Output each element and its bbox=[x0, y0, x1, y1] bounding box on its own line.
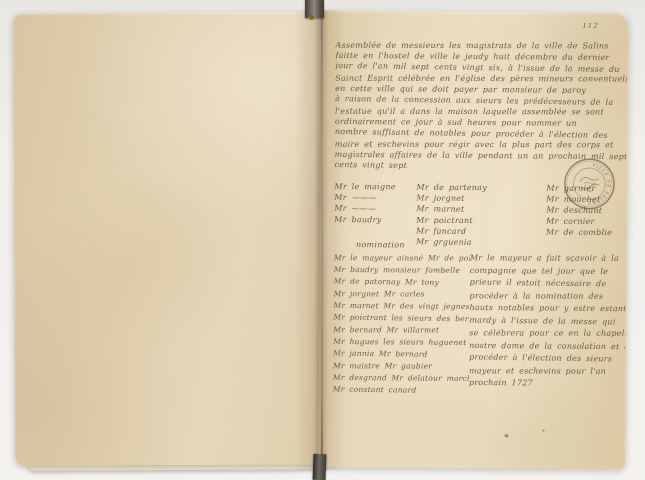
name-entry: Mr le mayeur ainsné Mr de poligny bbox=[334, 252, 470, 264]
name-entry: Mr constant canard bbox=[333, 383, 469, 397]
binding-strap-top bbox=[305, 0, 324, 18]
manuscript-line: hauts notables pour y estre estant bbox=[469, 302, 625, 316]
manuscript-line: Assemblée de messieurs les magistrats de… bbox=[336, 40, 628, 52]
name-entry: Mr cornier bbox=[546, 216, 626, 227]
name-entry: Mr bernard Mr villarmet bbox=[333, 324, 469, 336]
manuscript-line: Mr le mayeur a fait sçavoir à la bbox=[470, 252, 626, 265]
manuscript-line: se célébrera pour ce en la chapelle bbox=[469, 327, 625, 340]
name-entry: Mr jannia Mr bernard bbox=[333, 347, 469, 361]
name-entry: Mr poictrant bbox=[416, 215, 546, 226]
manuscript-line: mayeur et eschevins pour l'an bbox=[469, 365, 625, 378]
folio-number: 112 bbox=[582, 22, 598, 30]
mayeur-note-paragraph: Mr le mayeur a fait sçavoir à lacompagni… bbox=[469, 252, 626, 391]
name-entry: Mr ——— bbox=[334, 203, 416, 215]
name-entry: Mr poictrant les sieurs des bergers bbox=[333, 311, 469, 325]
name-entry: Mr garnier bbox=[546, 183, 626, 194]
notables-name-columns: Mr le maigneMr ———Mr ———Mr baudry Mr de … bbox=[334, 181, 627, 249]
name-entry: Mr ——— bbox=[334, 192, 416, 204]
name-entry: Mr maistre Mr gaubier bbox=[333, 360, 469, 372]
right-page: 112 Assemblée de messieurs les magistrat… bbox=[318, 11, 629, 469]
name-column-1: Mr le maigneMr ———Mr ———Mr baudry bbox=[334, 181, 417, 248]
nomination-heading: nomination bbox=[356, 240, 405, 249]
manuscript-line: maire et eschevins pour régir avec la pl… bbox=[335, 139, 627, 151]
manuscript-line: procéder à l'élection des sieurs bbox=[469, 351, 625, 366]
nomination-name-list: Mr le mayeur ainsné Mr de polignyMr baud… bbox=[333, 252, 470, 397]
name-column-3: Mr garnierMr mouchetMr deschantMr cornie… bbox=[546, 183, 627, 250]
rust-spot bbox=[309, 15, 314, 20]
ink-speck bbox=[504, 434, 508, 437]
ink-speck bbox=[542, 430, 544, 432]
name-entry: Mr deschant bbox=[546, 204, 626, 216]
binding-strap-bottom bbox=[313, 454, 327, 480]
manuscript-line: Sainct Esprit célébrée en l'église des p… bbox=[335, 73, 627, 85]
name-entry: Mr de comblie bbox=[546, 227, 626, 239]
left-page-blank bbox=[13, 12, 323, 465]
assembly-paragraph: Assemblée de messieurs les magistrats de… bbox=[335, 39, 628, 173]
name-entry: Mr de patornay Mr tony bbox=[334, 275, 470, 289]
manuscript-line: prieure il estoit nécessaire de bbox=[470, 276, 626, 291]
manuscript-line: l'estatue qu'il a dans la maison laquell… bbox=[335, 106, 627, 118]
name-entry: Mr baudry bbox=[334, 214, 416, 225]
name-entry: Mr de partenay bbox=[416, 182, 546, 193]
name-entry: Mr le maigne bbox=[334, 181, 416, 192]
name-entry: Mr grguenia bbox=[416, 236, 546, 249]
manuscript-line: procéder à la nomination des bbox=[470, 290, 626, 303]
name-column-2: Mr de partenayMr jorgnetMr marnetMr poic… bbox=[416, 182, 547, 249]
manuscript-scan: 112 Assemblée de messieurs les magistrat… bbox=[0, 0, 645, 480]
manuscript-line: prochain 1727 bbox=[469, 377, 625, 391]
name-entry: Mr jorgnet Mr carles bbox=[334, 288, 470, 300]
name-entry: Mr mouchet bbox=[546, 194, 626, 206]
